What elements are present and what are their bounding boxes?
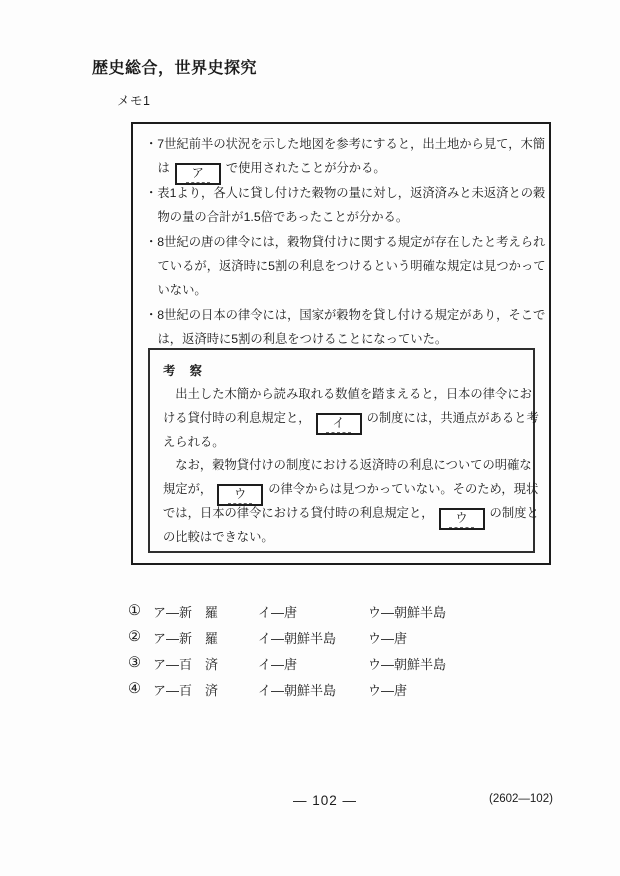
consideration-heading: 考 察 — [163, 359, 527, 383]
option-4-choice-c: ウ―唐 — [368, 680, 407, 699]
consideration-p2-line-3-pre: では，日本の律令における貸付時の利息規定と， — [163, 506, 434, 520]
blank-box-u-2-label: ウ — [449, 510, 473, 528]
consideration-p2-line-2: 規定が，ウの律令からは見つかっていない。そのため，現状 — [163, 478, 527, 502]
consideration-p2-line-1: なお，穀物貸付けの制度における返済時の利息についての明確な — [163, 454, 527, 478]
memo-bullet-1-line-2: はアで使用されたことが分かる。 — [145, 156, 541, 180]
blank-box-u-2: ウ — [439, 508, 485, 530]
consideration-p2-line-3-post: の制度と — [490, 506, 539, 520]
consideration-p1-line-2-post: の制度には，共通点があると考 — [367, 411, 539, 425]
footer-code: (2602―102) — [489, 793, 553, 805]
option-2-choice-b: イ―朝鮮半島 — [258, 628, 368, 647]
option-2-number: ② — [128, 629, 153, 645]
blank-box-i: イ — [316, 413, 362, 435]
option-4-number: ④ — [128, 681, 153, 697]
memo-bullet-3-line-3: いない。 — [145, 278, 541, 302]
memo-bullet-2-line-1: ・表1より，各人に貸し付けた穀物の量に対し，返済済みと未返済との穀 — [145, 181, 541, 205]
option-1-choice-b: イ―唐 — [258, 602, 368, 621]
memo-bullet-3-line-2: ているが，返済時に5割の利息をつけるという明確な規定は見つかって — [145, 254, 541, 278]
memo-bullet-1-line-2-pre: は — [158, 161, 170, 175]
option-3-number: ③ — [128, 655, 153, 671]
consideration-p2-line-3: では，日本の律令における貸付時の利息規定と，ウの制度と — [163, 502, 527, 526]
blank-box-i-label: イ — [326, 415, 350, 433]
memo-box: ・7世紀前半の状況を示した地図を参考にすると，出土地から見て，木簡 はアで使用さ… — [131, 122, 551, 565]
option-4-choice-a: ア―百 済 — [153, 680, 258, 699]
option-2-choice-c: ウ―唐 — [368, 628, 407, 647]
consideration-p1-line-2: ける貸付時の利息規定と，イの制度には，共通点があると考 — [163, 407, 527, 431]
answer-options: ① ア―新 羅 イ―唐 ウ―朝鮮半島 ② ア―新 羅 イ―朝鮮半島 ウ―唐 ③ … — [128, 598, 446, 702]
memo-bullet-list: ・7世紀前半の状況を示した地図を参考にすると，出土地から見て，木簡 はアで使用さ… — [133, 124, 549, 352]
option-4-choice-b: イ―朝鮮半島 — [258, 680, 368, 699]
consideration-box: 考 察 出土した木簡から読み取れる数値を踏まえると，日本の律令にお ける貸付時の… — [148, 348, 535, 553]
option-1-choice-c: ウ―朝鮮半島 — [368, 602, 446, 621]
memo-bullet-1-line-2-post: で使用されたことが分かる。 — [226, 161, 386, 175]
option-3-choice-b: イ―唐 — [258, 654, 368, 673]
page-title: 歴史総合，世界史探究 — [92, 55, 257, 78]
option-row-4: ④ ア―百 済 イ―朝鮮半島 ウ―唐 — [128, 676, 446, 702]
exam-page: 歴史総合，世界史探究 メモ1 ・7世紀前半の状況を示した地図を参考にすると，出土… — [0, 0, 620, 876]
memo-bullet-4-line-1: ・8世紀の日本の律令には，国家が穀物を貸し付ける規定があり，そこで — [145, 303, 541, 327]
consideration-p2-line-2-post: の律令からは見つかっていない。そのため，現状 — [268, 482, 538, 496]
option-1-choice-a: ア―新 羅 — [153, 602, 258, 621]
option-row-1: ① ア―新 羅 イ―唐 ウ―朝鮮半島 — [128, 598, 446, 624]
option-3-choice-a: ア―百 済 — [153, 654, 258, 673]
footer-page-number: ― 102 ― — [293, 793, 357, 808]
memo-bullet-2-line-2: 物の量の合計が1.5倍であったことが分かる。 — [145, 205, 541, 229]
option-row-3: ③ ア―百 済 イ―唐 ウ―朝鮮半島 — [128, 650, 446, 676]
consideration-p1-line-2-pre: ける貸付時の利息規定と， — [163, 411, 311, 425]
memo-bullet-3-line-1: ・8世紀の唐の律令には，穀物貸付けに関する規定が存在したと考えられ — [145, 230, 541, 254]
consideration-p1-line-1: 出土した木簡から読み取れる数値を踏まえると，日本の律令にお — [163, 383, 527, 407]
option-1-number: ① — [128, 603, 153, 619]
memo-bullet-1-line-1: ・7世紀前半の状況を示した地図を参考にすると，出土地から見て，木簡 — [145, 132, 541, 156]
option-2-choice-a: ア―新 羅 — [153, 628, 258, 647]
consideration-p2-line-2-pre: 規定が， — [163, 482, 212, 496]
memo-label: メモ1 — [117, 91, 150, 109]
option-row-2: ② ア―新 羅 イ―朝鮮半島 ウ―唐 — [128, 624, 446, 650]
option-3-choice-c: ウ―朝鮮半島 — [368, 654, 446, 673]
